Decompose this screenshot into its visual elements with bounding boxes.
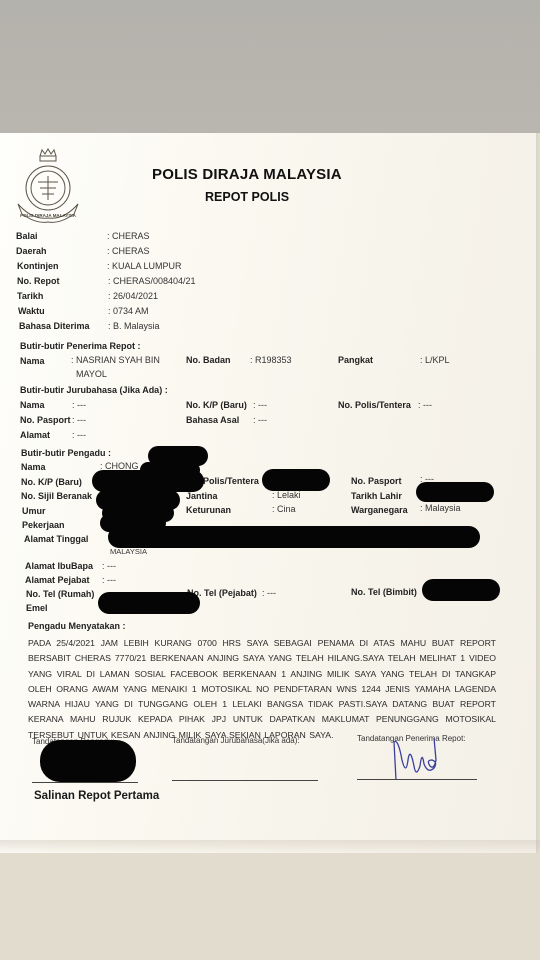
complainant-pekerjaan-label: Pekerjaan bbox=[22, 520, 65, 530]
complainant-pasport-label: No. Pasport bbox=[351, 476, 402, 486]
complainant-alamat-ibubapa-value: : --- bbox=[102, 561, 116, 571]
tarikh-label: Tarikh bbox=[17, 291, 43, 301]
interpreter-signature-label: Tandatangan Jurubahasa(Jika ada): bbox=[172, 736, 300, 745]
complainant-tel-bimbit-label: No. Tel (Bimbit) bbox=[351, 587, 417, 597]
paper-edge-shadow bbox=[0, 840, 540, 854]
interpreter-polis-label: No. Polis/Tentera bbox=[338, 400, 411, 410]
tarikh-value: : 26/04/2021 bbox=[108, 291, 158, 301]
bahasa-diterima-label: Bahasa Diterima bbox=[19, 321, 90, 331]
daerah-value: : CHERAS bbox=[107, 246, 150, 256]
complainant-alamat-ibubapa-label: Alamat IbuBapa bbox=[25, 561, 93, 571]
copy-label: Salinan Repot Pertama bbox=[34, 790, 159, 802]
waktu-label: Waktu bbox=[18, 306, 45, 316]
interpreter-nama-value: : --- bbox=[72, 400, 86, 410]
interpreter-bahasa-value: : --- bbox=[253, 415, 267, 425]
balai-label: Balai bbox=[16, 231, 38, 241]
redaction-mark bbox=[422, 579, 500, 601]
statement-title: Pengadu Menyatakan : bbox=[28, 621, 126, 631]
receiver-pangkat-label: Pangkat bbox=[338, 355, 373, 365]
complainant-tel-rumah-label: No. Tel (Rumah) bbox=[26, 589, 94, 599]
receiver-badan-value: : R198353 bbox=[250, 355, 292, 365]
complainant-keturunan-value: : Cina bbox=[272, 504, 296, 514]
interpreter-section-title: Butir-butir Jurubahasa (Jika Ada) : bbox=[20, 385, 168, 395]
balai-value: : CHERAS bbox=[107, 231, 150, 241]
kontinjen-value: : KUALA LUMPUR bbox=[107, 261, 182, 271]
redaction-mark bbox=[92, 470, 204, 492]
receiver-signature-line bbox=[357, 779, 477, 780]
complainant-alamat-pejabat-value: : --- bbox=[102, 575, 116, 585]
svg-text:POLIS DIRAJA MALAYSIA: POLIS DIRAJA MALAYSIA bbox=[20, 213, 76, 218]
daerah-label: Daerah bbox=[16, 246, 47, 256]
interpreter-alamat-value: : --- bbox=[72, 430, 86, 440]
bahasa-diterima-value: : B. Malaysia bbox=[108, 321, 160, 331]
interpreter-kp-label: No. K/P (Baru) bbox=[186, 400, 247, 410]
redaction-mark bbox=[416, 482, 494, 502]
complainant-warganegara-value: : Malaysia bbox=[420, 503, 461, 513]
complainant-alamat-tinggal-label: Alamat Tinggal bbox=[24, 534, 88, 544]
statement-text: PADA 25/4/2021 JAM LEBIH KURANG 0700 HRS… bbox=[28, 636, 496, 743]
kontinjen-label: Kontinjen bbox=[17, 261, 59, 271]
no-repot-value: : CHERAS/008404/21 bbox=[108, 276, 196, 286]
interpreter-signature-line bbox=[172, 780, 318, 781]
interpreter-pasport-label: No. Pasport bbox=[20, 415, 71, 425]
complainant-section-title: Butir-butir Pengadu : bbox=[21, 448, 111, 458]
receiver-badan-label: No. Badan bbox=[186, 355, 231, 365]
interpreter-nama-label: Nama bbox=[20, 400, 45, 410]
complainant-umur-label: Umur bbox=[22, 506, 46, 516]
photo-background-top bbox=[0, 0, 540, 133]
receiver-nama-value-line2: MAYOL bbox=[76, 369, 107, 379]
waktu-value: : 0734 AM bbox=[108, 306, 149, 316]
organization-title: POLIS DIRAJA MALAYSIA bbox=[152, 166, 342, 183]
complainant-emel-label: Emel bbox=[26, 603, 48, 613]
receiver-nama-label: Nama bbox=[20, 356, 45, 366]
redaction-mark bbox=[262, 469, 330, 491]
complainant-sijil-label: No. Sijil Beranak bbox=[21, 491, 92, 501]
document-title: REPOT POLIS bbox=[205, 190, 289, 204]
interpreter-polis-value: : --- bbox=[418, 400, 432, 410]
complainant-lahir-label: Tarikh Lahir bbox=[351, 491, 402, 501]
redaction-mark bbox=[40, 740, 136, 782]
interpreter-kp-value: : --- bbox=[253, 400, 267, 410]
complainant-alamat-pejabat-label: Alamat Pejabat bbox=[25, 575, 90, 585]
redaction-mark bbox=[98, 592, 200, 614]
complainant-nama-label: Nama bbox=[21, 462, 46, 472]
interpreter-pasport-value: : --- bbox=[72, 415, 86, 425]
receiver-pangkat-value: : L/KPL bbox=[420, 355, 450, 365]
complainant-signature-line bbox=[32, 782, 138, 783]
receiver-signature-icon bbox=[388, 730, 448, 782]
complainant-tel-pejabat-value: : --- bbox=[262, 588, 276, 598]
complainant-kp-label: No. K/P (Baru) bbox=[21, 477, 82, 487]
receiver-nama-value: : NASRIAN SYAH BIN bbox=[71, 355, 160, 365]
complainant-jantina-value: : Lelaki bbox=[272, 490, 301, 500]
no-repot-label: No. Repot bbox=[17, 276, 60, 286]
interpreter-bahasa-label: Bahasa Asal bbox=[186, 415, 239, 425]
complainant-alamat-tinggal-tail: MALAYSIA bbox=[110, 547, 147, 556]
pdrm-crest-icon: POLIS DIRAJA MALAYSIA bbox=[12, 148, 84, 224]
complainant-jantina-label: Jantina bbox=[186, 491, 218, 501]
complainant-warganegara-label: Warganegara bbox=[351, 505, 408, 515]
complainant-keturunan-label: Keturunan bbox=[186, 505, 231, 515]
interpreter-alamat-label: Alamat bbox=[20, 430, 50, 440]
receiver-section-title: Butir-butir Penerima Repot : bbox=[20, 341, 141, 351]
redaction-mark bbox=[108, 526, 480, 548]
